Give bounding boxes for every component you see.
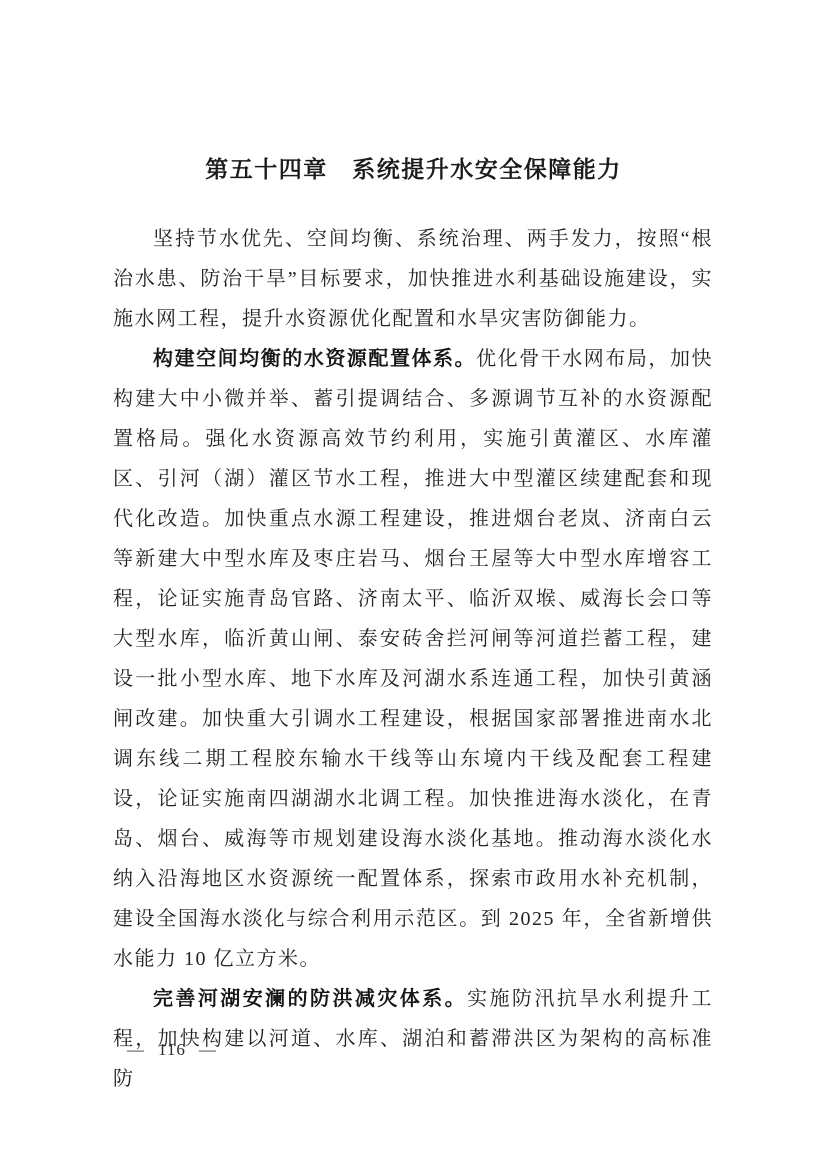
page-number-right-dash: —	[199, 1039, 217, 1061]
paragraph: 构建空间均衡的水资源配置体系。优化骨干水网布局，加快构建大中小微并举、蓄引提调结…	[113, 339, 713, 979]
page-number-left-dash: —	[127, 1039, 145, 1061]
page-number-value: 116	[158, 1039, 186, 1061]
paragraph: 坚持节水优先、空间均衡、系统治理、两手发力，按照“根治水患、防治干旱”目标要求，…	[113, 219, 713, 339]
page-number: — 116 —	[127, 1039, 217, 1061]
paragraph-text: 优化骨干水网布局，加快构建大中小微并举、蓄引提调结合、多源调节互补的水资源配置格…	[113, 348, 713, 970]
chapter-title: 第五十四章 系统提升水安全保障能力	[0, 152, 827, 188]
paragraph-lead: 完善河湖安澜的防洪减灾体系。	[153, 988, 467, 1010]
document-body: 坚持节水优先、空间均衡、系统治理、两手发力，按照“根治水患、防治干旱”目标要求，…	[113, 219, 713, 1099]
paragraph-text: 坚持节水优先、空间均衡、系统治理、两手发力，按照“根治水患、防治干旱”目标要求，…	[113, 228, 713, 330]
document-page: 第五十四章 系统提升水安全保障能力 坚持节水优先、空间均衡、系统治理、两手发力，…	[0, 0, 827, 1169]
paragraph-lead: 构建空间均衡的水资源配置体系。	[153, 348, 476, 370]
